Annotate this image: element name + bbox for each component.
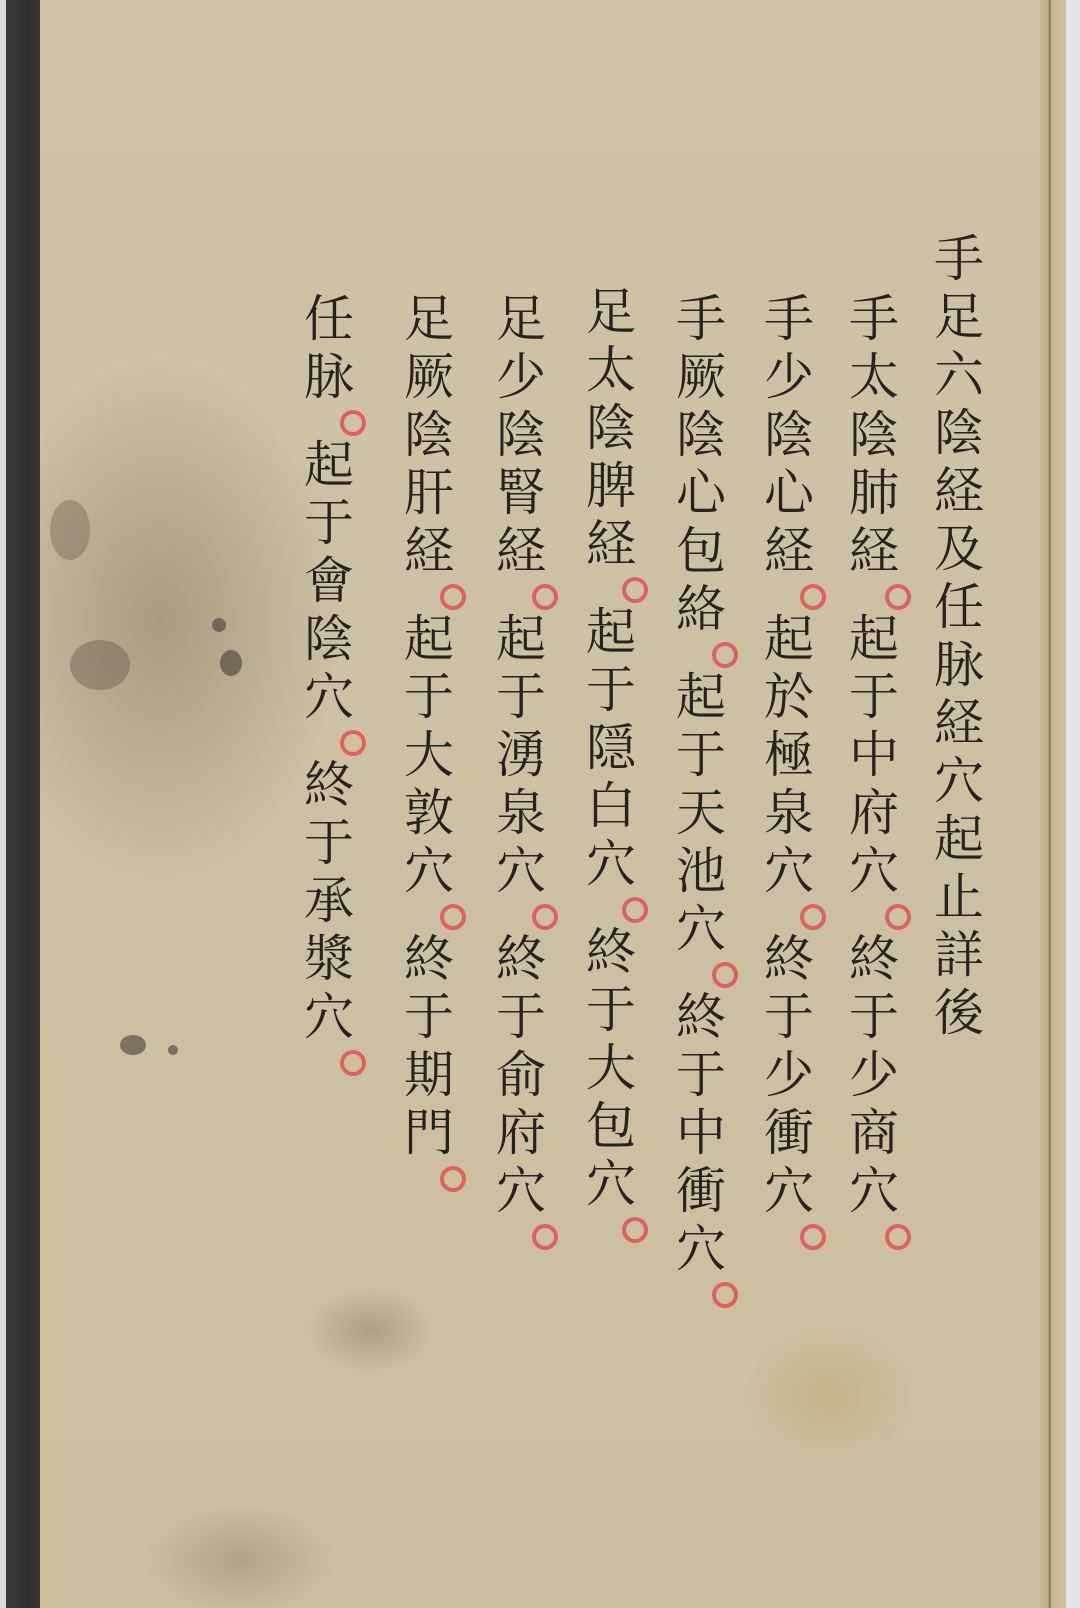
red-circle-mark [622, 897, 648, 923]
start-point: 起于湧泉穴 [488, 612, 546, 902]
red-circle-mark [800, 1224, 826, 1250]
end-point: 終于中衝穴 [668, 990, 726, 1280]
red-circle-mark [440, 584, 466, 610]
start-point: 起于隠白穴 [578, 605, 636, 895]
end-point: 終于期門 [396, 932, 454, 1164]
column-liver-meridian: 足厥陰肝経起于大敦穴終于期門 [400, 292, 450, 1194]
end-point: 終于俞府穴 [488, 932, 546, 1222]
red-circle-mark [622, 577, 648, 603]
red-circle-mark [885, 1224, 911, 1250]
red-circle-mark [800, 904, 826, 930]
end-point: 終于大包穴 [578, 925, 636, 1215]
red-circle-mark [340, 1050, 366, 1076]
meridian-name: 足厥陰肝経 [396, 292, 454, 582]
meridian-name: 任脉 [296, 292, 354, 408]
red-circle-mark [532, 584, 558, 610]
meridian-name: 足太陰脾経 [578, 285, 636, 575]
red-circle-mark [622, 1217, 648, 1243]
column-title: 手足六陰経及任脉経穴起止詳後 [930, 232, 980, 1044]
red-circle-mark [885, 904, 911, 930]
text-block: 手足六陰経及任脉経穴起止詳後 手太陰肺経起于中府穴終于少商穴 手少陰心経起於極泉… [0, 0, 1080, 1608]
red-circle-mark [712, 642, 738, 668]
end-point: 終于少商穴 [841, 932, 899, 1222]
meridian-name: 手太陰肺経 [841, 292, 899, 582]
column-spleen-meridian: 足太陰脾経起于隠白穴終于大包穴 [582, 285, 632, 1245]
red-circle-mark [532, 904, 558, 930]
start-point: 起于會陰穴 [296, 438, 354, 728]
red-circle-mark [712, 962, 738, 988]
red-circle-mark [885, 584, 911, 610]
start-point: 起于中府穴 [841, 612, 899, 902]
column-kidney-meridian: 足少陰腎経起于湧泉穴終于俞府穴 [492, 292, 542, 1252]
start-point: 起于大敦穴 [396, 612, 454, 902]
column-ren-vessel: 任脉起于會陰穴終于承漿穴 [300, 292, 350, 1078]
red-circle-mark [440, 904, 466, 930]
red-circle-mark [340, 410, 366, 436]
column-lung-meridian: 手太陰肺経起于中府穴終于少商穴 [845, 292, 895, 1252]
meridian-name: 足少陰腎経 [488, 292, 546, 582]
end-point: 終于承漿穴 [296, 758, 354, 1048]
meridian-name: 手厥陰心包絡 [668, 292, 726, 640]
red-circle-mark [712, 1282, 738, 1308]
column-heart-meridian: 手少陰心経起於極泉穴終于少衝穴 [760, 292, 810, 1252]
end-point: 終于少衝穴 [756, 932, 814, 1222]
red-circle-mark [800, 584, 826, 610]
meridian-name: 手少陰心経 [756, 292, 814, 582]
red-circle-mark [532, 1224, 558, 1250]
column-text: 手足六陰経及任脉経穴起止詳後 [926, 232, 984, 1044]
red-circle-mark [440, 1166, 466, 1192]
start-point: 起於極泉穴 [756, 612, 814, 902]
red-circle-mark [340, 730, 366, 756]
start-point: 起于天池穴 [668, 670, 726, 960]
column-pericardium-meridian: 手厥陰心包絡起于天池穴終于中衝穴 [672, 292, 722, 1310]
